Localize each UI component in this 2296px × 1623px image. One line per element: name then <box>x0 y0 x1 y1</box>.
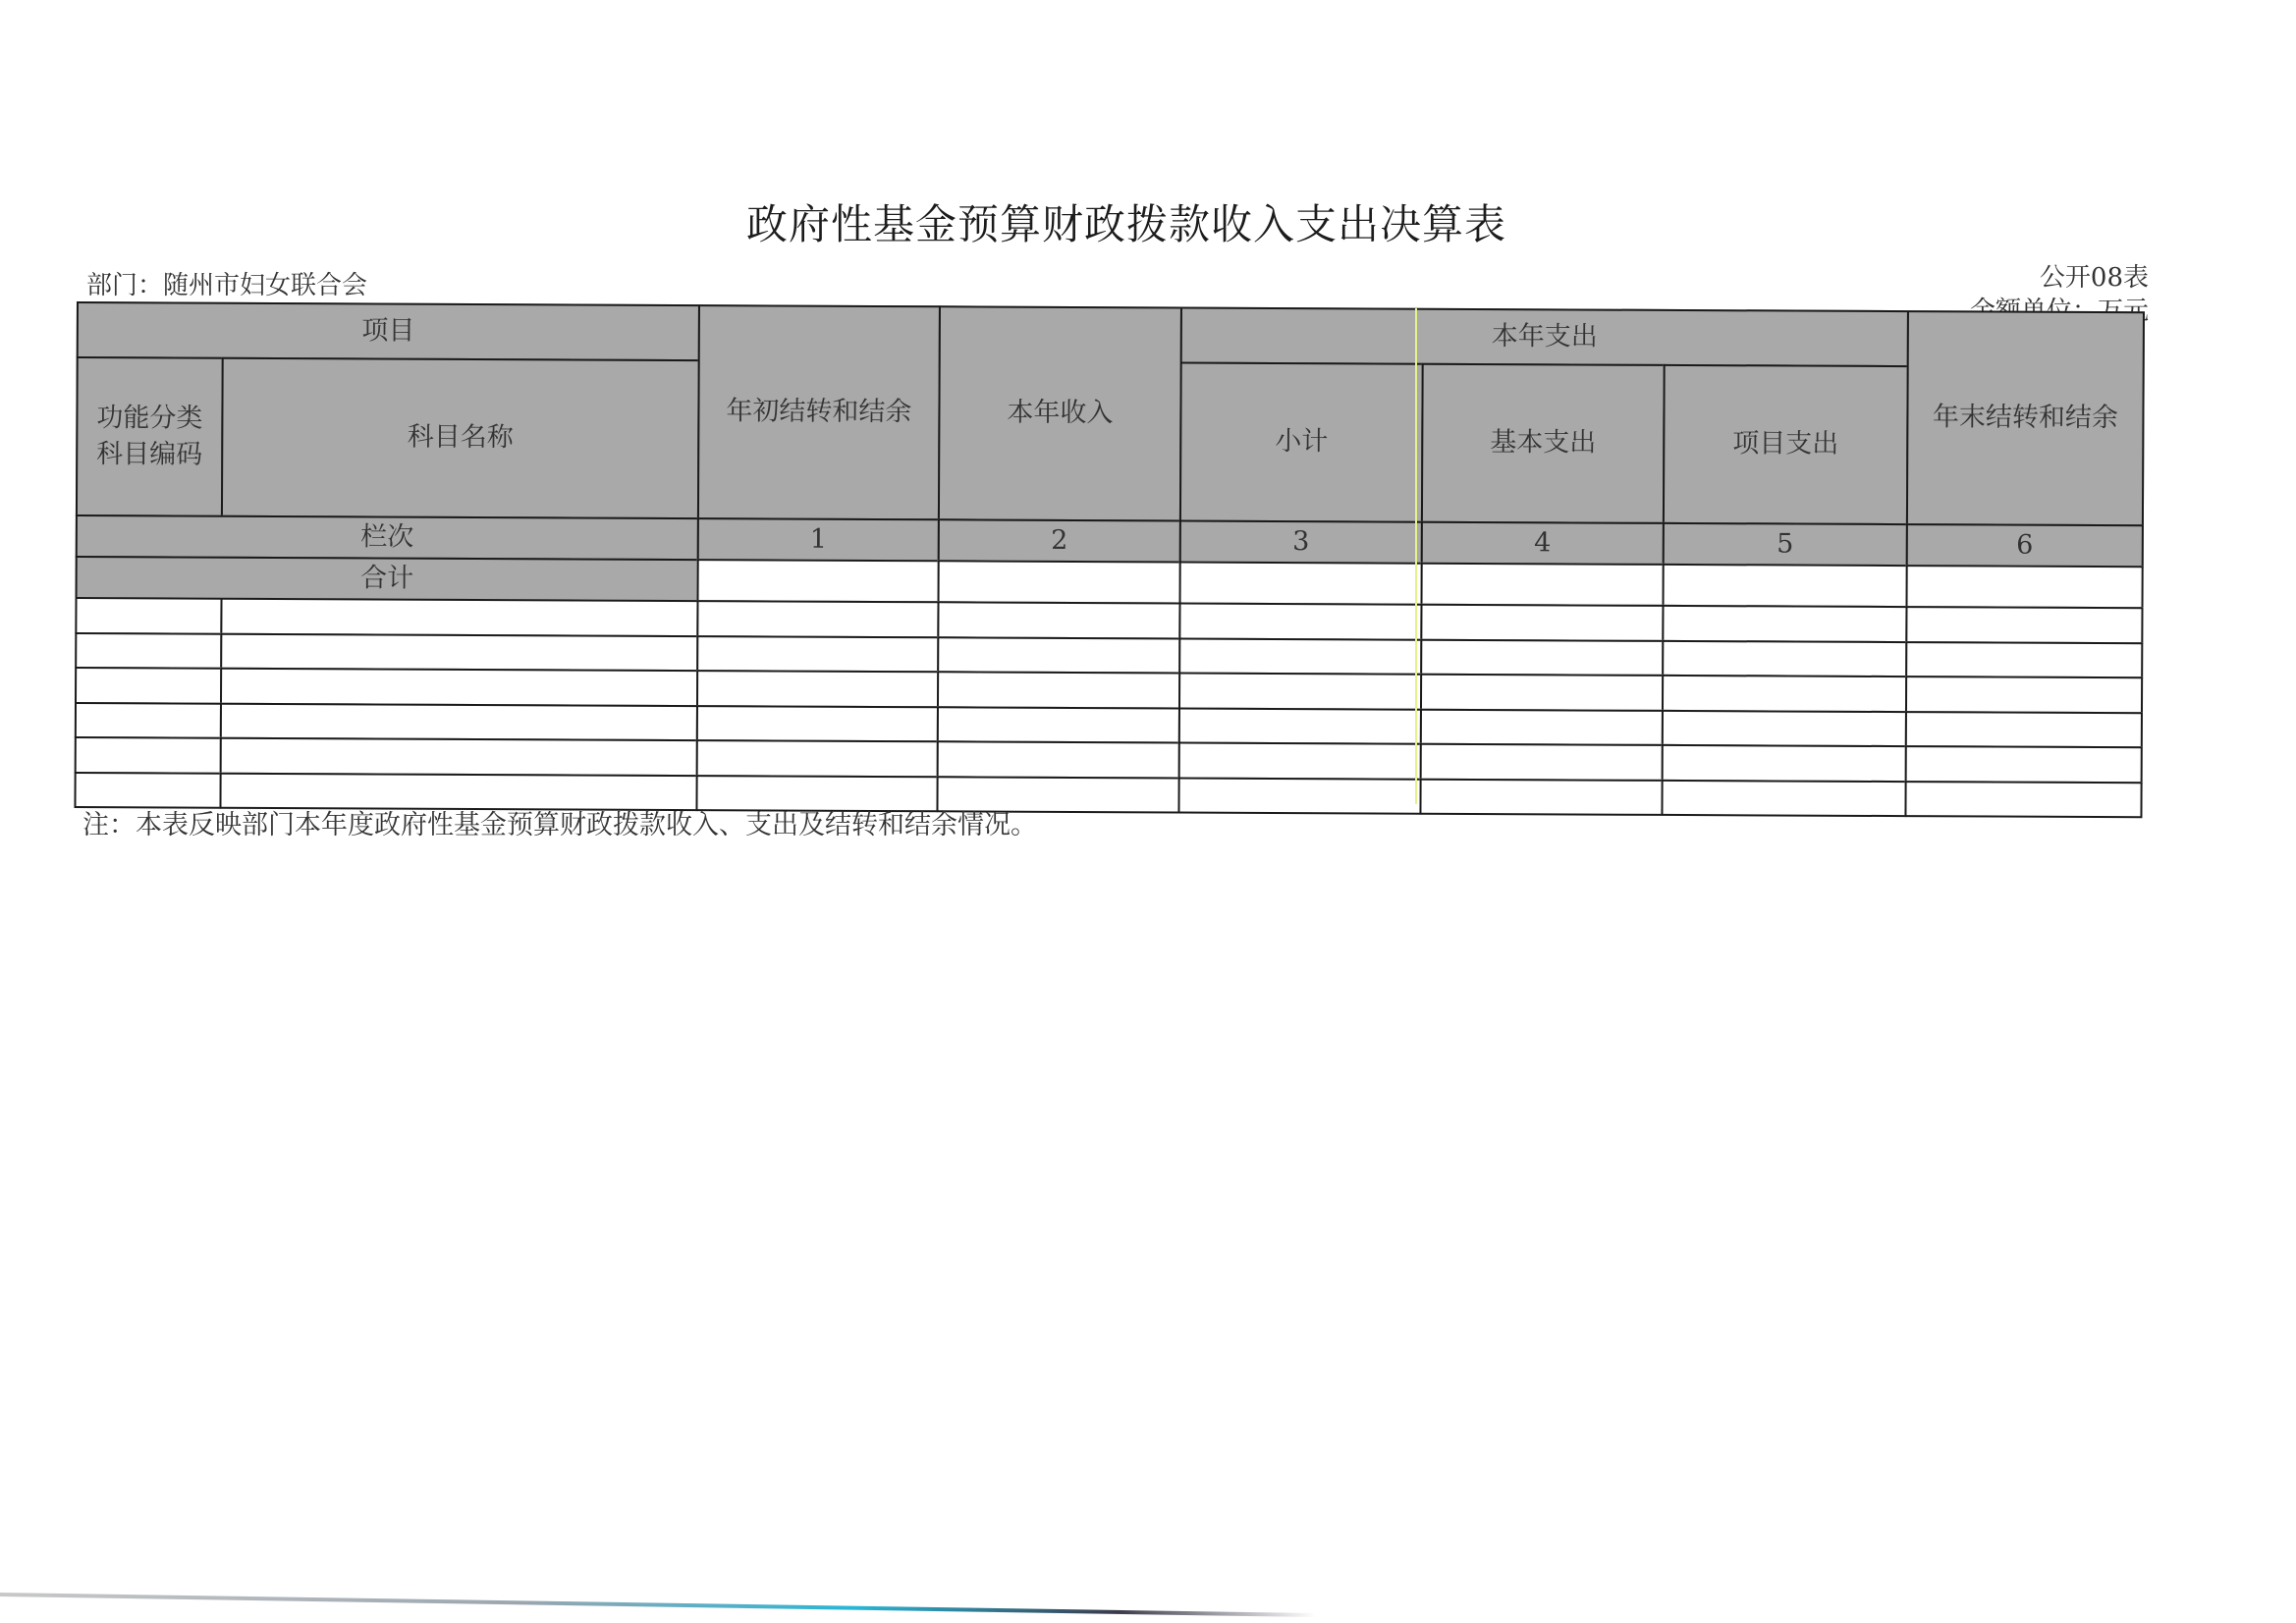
header-expense-group: 本年支出 <box>1180 306 1909 367</box>
table-row-value-cell <box>1905 641 2143 679</box>
table-row-value-cell <box>937 671 1180 709</box>
column-index-label: 栏次 <box>76 514 699 561</box>
table-row-value-cell <box>696 670 939 708</box>
total-value-cell <box>938 560 1181 604</box>
header-item-group: 项目 <box>77 301 700 361</box>
table-row-value-cell <box>1178 637 1422 676</box>
table-row-code-cell <box>75 667 222 704</box>
table-row-code-cell <box>75 597 222 634</box>
header-project-expense: 项目支出 <box>1663 364 1909 525</box>
header-opening-balance: 年初结转和结余 <box>697 304 941 520</box>
total-row-label: 合计 <box>76 556 699 602</box>
table-row-value-cell <box>937 636 1180 675</box>
table-row-name-cell <box>220 737 698 777</box>
table-row-value-cell <box>1420 743 1664 782</box>
table-row-value-cell <box>1905 676 2143 714</box>
scan-artifact-line <box>1415 308 1417 804</box>
table-row-value-cell <box>1178 707 1422 745</box>
table-row-value-cell <box>696 635 939 674</box>
budget-table: 项目 功能分类科目编码 科目名称 年初结转和结余 本年收入 本年支出 小计 基本… <box>75 301 2145 812</box>
table-row-value-cell <box>1419 778 1663 816</box>
column-number-6: 6 <box>1906 523 2144 568</box>
total-value-cell <box>1905 565 2143 609</box>
table-row-name-cell <box>220 632 698 672</box>
table-row-value-cell <box>1420 638 1664 676</box>
column-number-1: 1 <box>697 517 940 562</box>
table-row-value-cell <box>937 601 1180 639</box>
table-row-value-cell <box>1420 708 1664 746</box>
table-row-value-cell <box>696 705 939 743</box>
total-value-cell <box>1421 563 1665 607</box>
column-number-2: 2 <box>938 518 1181 563</box>
column-number-5: 5 <box>1663 522 1908 567</box>
table-row-value-cell <box>1420 604 1664 642</box>
table-row-value-cell <box>1662 639 1907 677</box>
header-basic-expense: 基本支出 <box>1421 363 1666 524</box>
table-row-value-cell <box>1662 605 1907 643</box>
column-number-4: 4 <box>1421 521 1665 566</box>
table-row-code-cell <box>75 701 222 738</box>
table-note: 注：本表反映部门本年度政府性基金预算财政拨款收入、支出及结转和结余情况。 <box>82 803 1037 841</box>
column-number-3: 3 <box>1179 519 1423 564</box>
table-row-value-cell <box>937 706 1180 744</box>
table-row-value-cell <box>1177 777 1421 815</box>
table-row-value-cell <box>937 740 1180 779</box>
table-row-value-cell <box>1662 675 1907 713</box>
table-row-value-cell <box>1904 781 2142 819</box>
table-row-code-cell <box>75 631 222 669</box>
table-row-value-cell <box>1905 606 2143 644</box>
total-value-cell <box>697 559 940 603</box>
table-row-value-cell <box>1905 711 2143 749</box>
header-current-income: 本年收入 <box>938 305 1182 521</box>
total-value-cell <box>1663 564 1908 608</box>
header-subtotal: 小计 <box>1179 361 1424 522</box>
table-row-value-cell <box>1905 745 2143 784</box>
table-row-value-cell <box>696 600 939 638</box>
table-row-value-cell <box>1178 602 1422 640</box>
table-row-code-cell <box>75 736 222 774</box>
table-row-value-cell <box>1662 744 1907 783</box>
table-row-value-cell <box>696 739 939 778</box>
table-row-name-cell <box>220 702 698 741</box>
header-name-column: 科目名称 <box>221 357 700 519</box>
header-code-column: 功能分类科目编码 <box>76 356 224 517</box>
department-label: 部门：随州市妇女联合会 <box>86 265 367 301</box>
table-row-value-cell <box>1420 674 1664 712</box>
header-code-text: 功能分类科目编码 <box>93 401 205 472</box>
table-row-name-cell <box>220 668 698 707</box>
table-row-name-cell <box>220 598 698 637</box>
table-row-value-cell <box>1661 779 1906 817</box>
header-closing-balance: 年末结转和结余 <box>1906 310 2145 526</box>
page-title: 政府性基金预算财政拨款收入支出决算表 <box>746 192 1493 251</box>
table-row-value-cell <box>1662 709 1907 747</box>
total-value-cell <box>1179 561 1423 605</box>
form-number: 公开08表 <box>2040 257 2149 294</box>
scan-artifact-streak <box>0 1593 1316 1617</box>
table-row-value-cell <box>1178 741 1422 780</box>
table-row-value-cell <box>1178 672 1422 710</box>
